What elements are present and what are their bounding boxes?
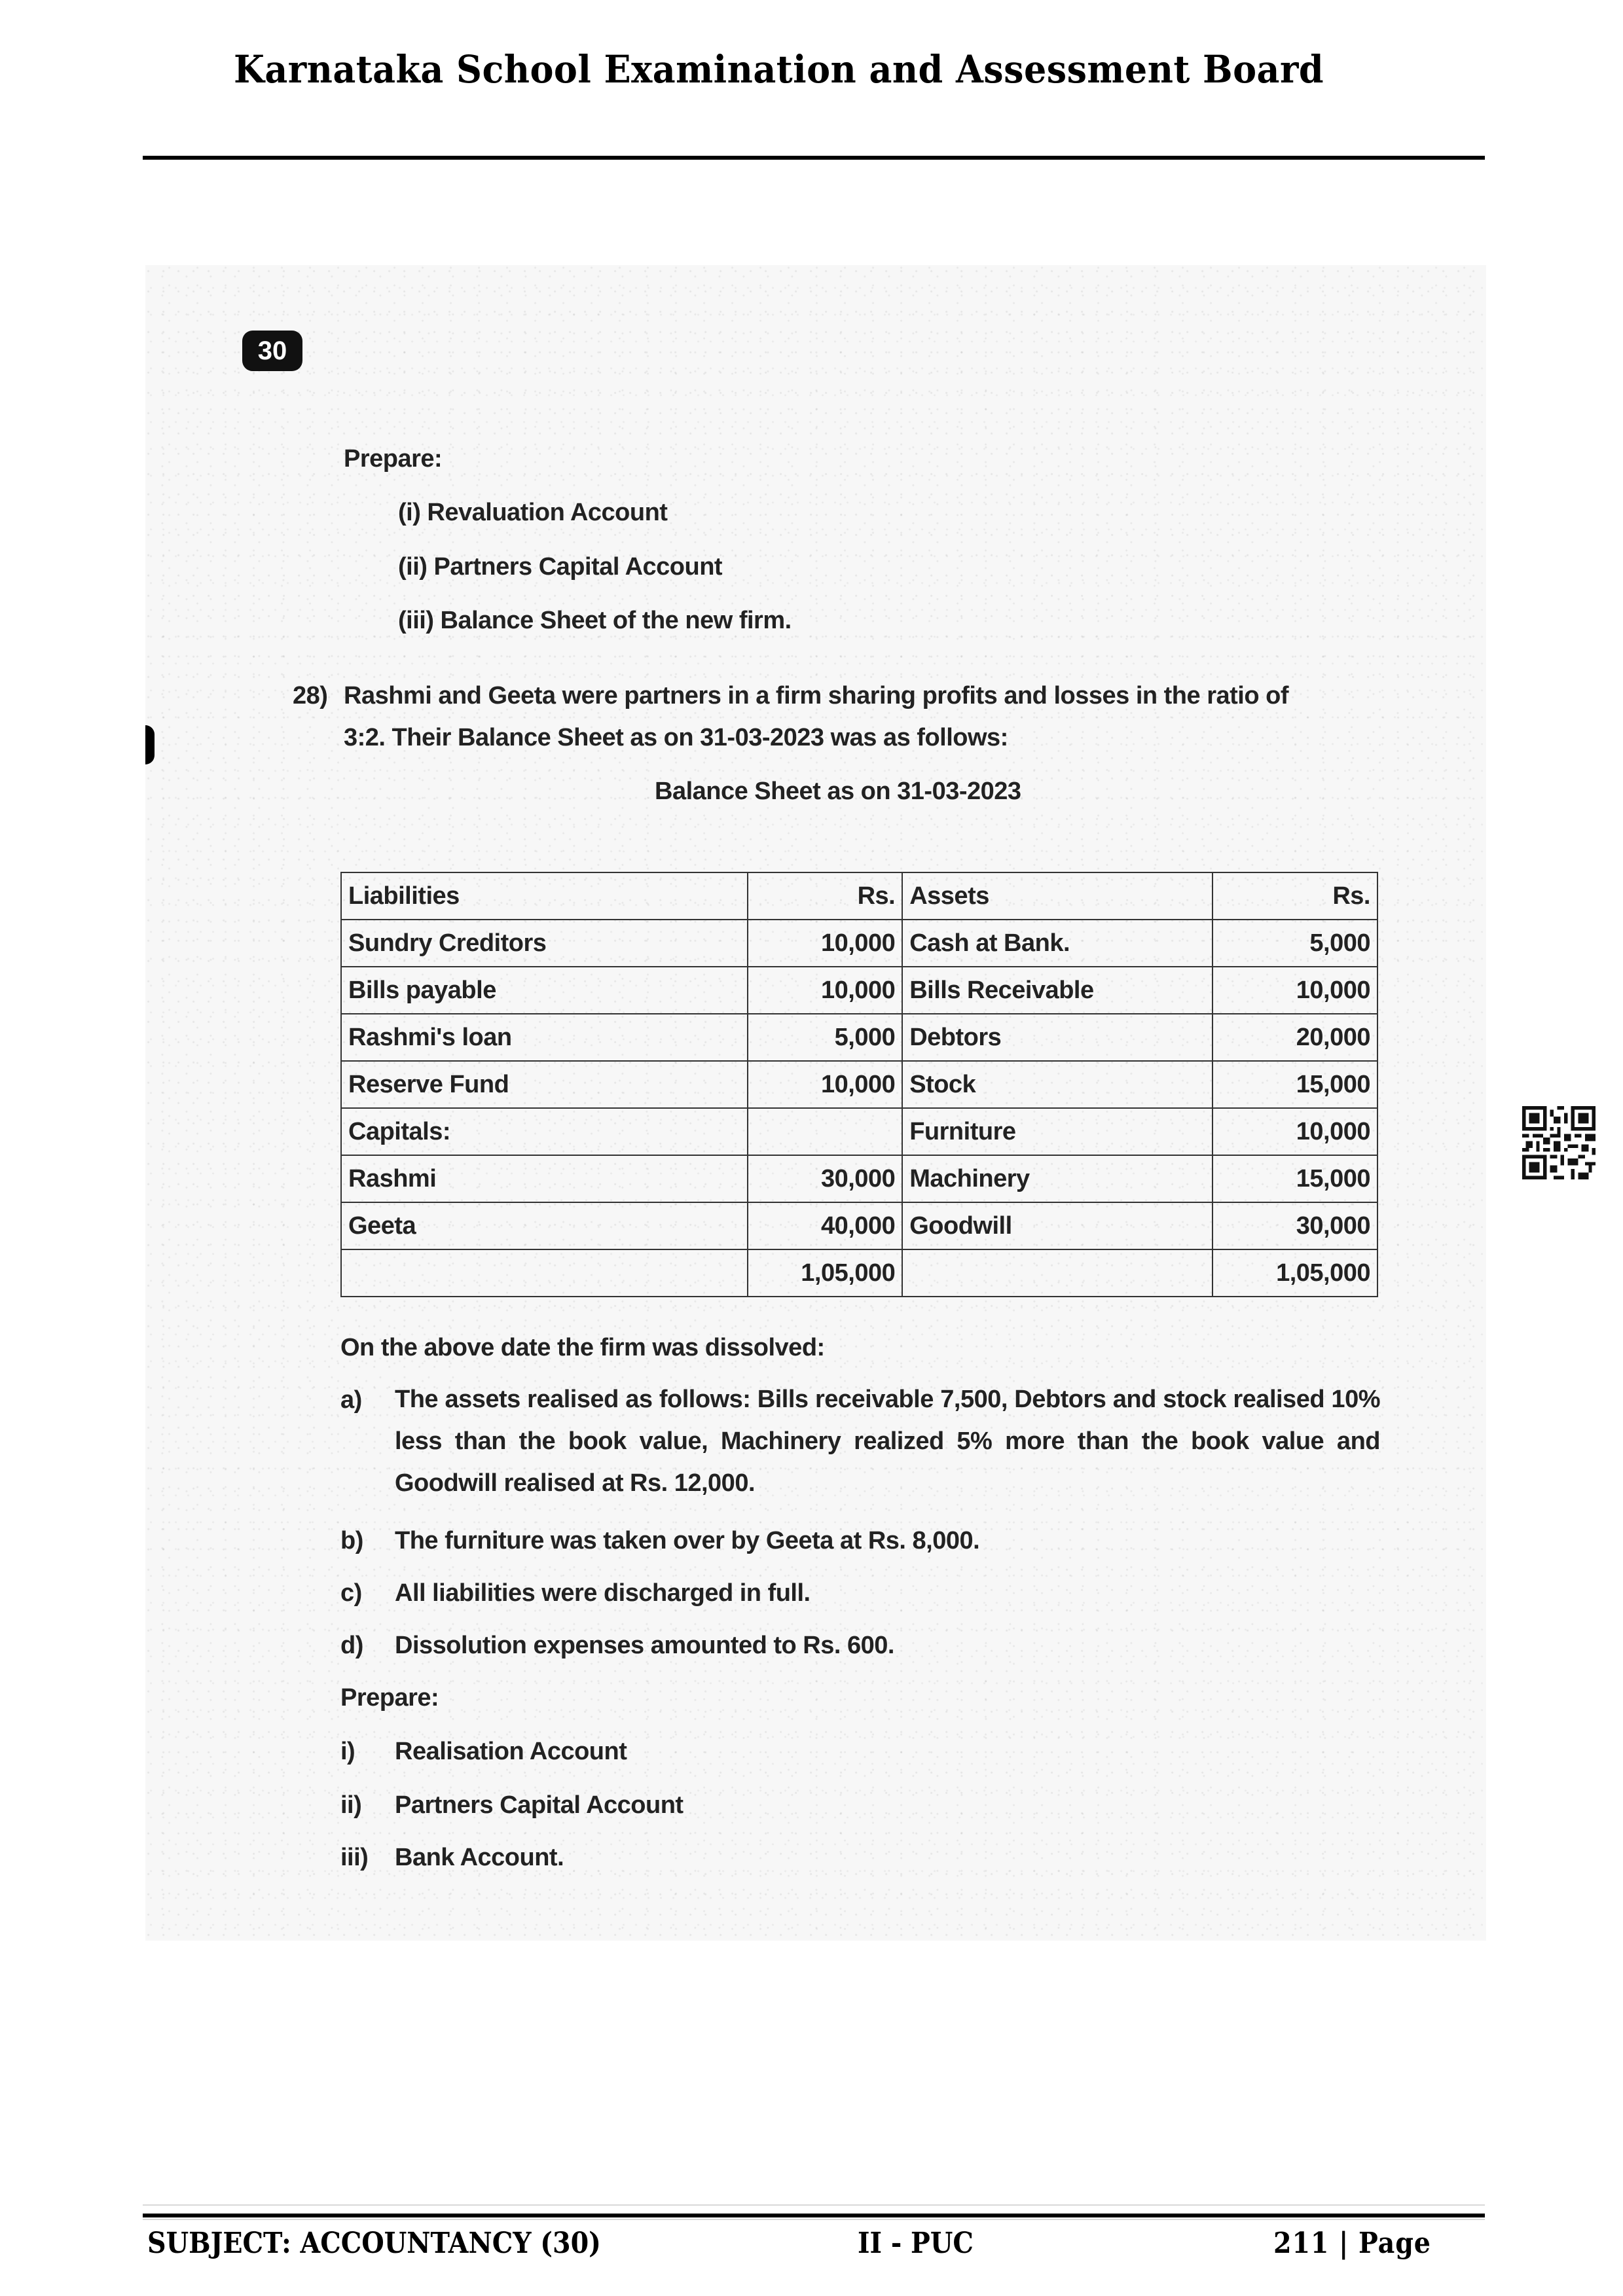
qr-code-icon [1522,1106,1596,1179]
asset-name [902,1249,1212,1297]
footer-page-number: 211 | Page [1273,2227,1431,2260]
question-intro-line1: Rashmi and Geeta were partners in a firm… [344,682,1288,710]
asset-amount: 10,000 [1213,967,1377,1014]
liability-amount: 10,000 [748,1061,903,1108]
condition-text: Dissolution expenses amounted to Rs. 600… [395,1632,894,1660]
footer-rule-thin [143,2204,1485,2206]
liability-name [341,1249,748,1297]
prepare-item-text: Partners Capital Account [395,1791,684,1820]
asset-name: Machinery [902,1155,1212,1202]
prev-prepare-item: (i) Revaluation Account [398,499,667,527]
asset-name: Cash at Bank. [902,920,1212,967]
asset-amount: 15,000 [1213,1061,1377,1108]
header-rule [143,156,1485,160]
asset-amount: 20,000 [1213,1014,1377,1061]
table-row: Geeta 40,000 Goodwill 30,000 [341,1202,1377,1249]
liabilities-total: 1,05,000 [748,1249,903,1297]
question-intro-line2: 3:2. Their Balance Sheet as on 31-03-202… [344,724,1008,752]
condition-label: a) [340,1386,362,1414]
prev-prepare-item: (iii) Balance Sheet of the new firm. [398,607,792,635]
asset-name: Stock [902,1061,1212,1108]
footer-rule [143,2214,1485,2217]
prepare-item-label: i) [340,1738,355,1766]
table-total-row: 1,05,000 1,05,000 [341,1249,1377,1297]
prepare-item-label: ii) [340,1791,361,1820]
assets-total: 1,05,000 [1213,1249,1377,1297]
footer-rule-thin [143,2219,1485,2220]
scan-edge-mark [145,725,155,764]
liability-name: Reserve Fund [341,1061,748,1108]
question-number: 28) [293,682,327,710]
liability-name: Rashmi [341,1155,748,1202]
liability-amount: 40,000 [748,1202,903,1249]
table-header-row: Liabilities Rs. Assets Rs. [341,872,1377,920]
prepare-item-text: Realisation Account [395,1738,627,1766]
header-liabilities: Liabilities [341,872,748,920]
table-row: Rashmi 30,000 Machinery 15,000 [341,1155,1377,1202]
page-badge: 30 [242,331,302,371]
liability-amount [748,1108,903,1155]
liability-name: Sundry Creditors [341,920,748,967]
asset-amount: 5,000 [1213,920,1377,967]
footer-subject: SUBJECT: ACCOUNTANCY (30) [147,2227,601,2260]
table-row: Bills payable 10,000 Bills Receivable 10… [341,967,1377,1014]
asset-amount: 30,000 [1213,1202,1377,1249]
asset-name: Debtors [902,1014,1212,1061]
liability-name: Geeta [341,1202,748,1249]
liability-amount: 10,000 [748,967,903,1014]
prev-prepare-label: Prepare: [344,445,442,473]
header-assets-rs: Rs. [1213,872,1377,920]
header-liabilities-rs: Rs. [748,872,903,920]
table-row: Capitals: Furniture 10,000 [341,1108,1377,1155]
board-title: Karnataka School Examination and Assessm… [234,47,1269,92]
prepare-item-label: iii) [340,1844,368,1872]
liability-amount: 5,000 [748,1014,903,1061]
liability-name: Capitals: [341,1108,748,1155]
liability-amount: 10,000 [748,920,903,967]
condition-text: The furniture was taken over by Geeta at… [395,1527,979,1555]
asset-name: Bills Receivable [902,967,1212,1014]
liability-name: Bills payable [341,967,748,1014]
condition-label: c) [340,1579,362,1607]
condition-label: b) [340,1527,363,1555]
prev-prepare-item: (ii) Partners Capital Account [398,553,722,581]
footer-class: II - PUC [858,2227,974,2260]
asset-name: Furniture [902,1108,1212,1155]
asset-name: Goodwill [902,1202,1212,1249]
balance-sheet-table: Liabilities Rs. Assets Rs. Sundry Credit… [340,872,1378,1297]
table-title: Balance Sheet as on 31-03-2023 [655,778,1021,806]
condition-label: d) [340,1632,363,1660]
liability-name: Rashmi's loan [341,1014,748,1061]
prepare-item-text: Bank Account. [395,1844,564,1872]
header-assets: Assets [902,872,1212,920]
table-row: Sundry Creditors 10,000 Cash at Bank. 5,… [341,920,1377,967]
prepare-label: Prepare: [340,1684,439,1712]
dissolution-intro: On the above date the firm was dissolved… [340,1334,825,1362]
asset-amount: 10,000 [1213,1108,1377,1155]
asset-amount: 15,000 [1213,1155,1377,1202]
liability-amount: 30,000 [748,1155,903,1202]
table-row: Rashmi's loan 5,000 Debtors 20,000 [341,1014,1377,1061]
condition-text: The assets realised as follows: Bills re… [395,1378,1380,1504]
table-row: Reserve Fund 10,000 Stock 15,000 [341,1061,1377,1108]
condition-text: All liabilities were discharged in full. [395,1579,811,1607]
